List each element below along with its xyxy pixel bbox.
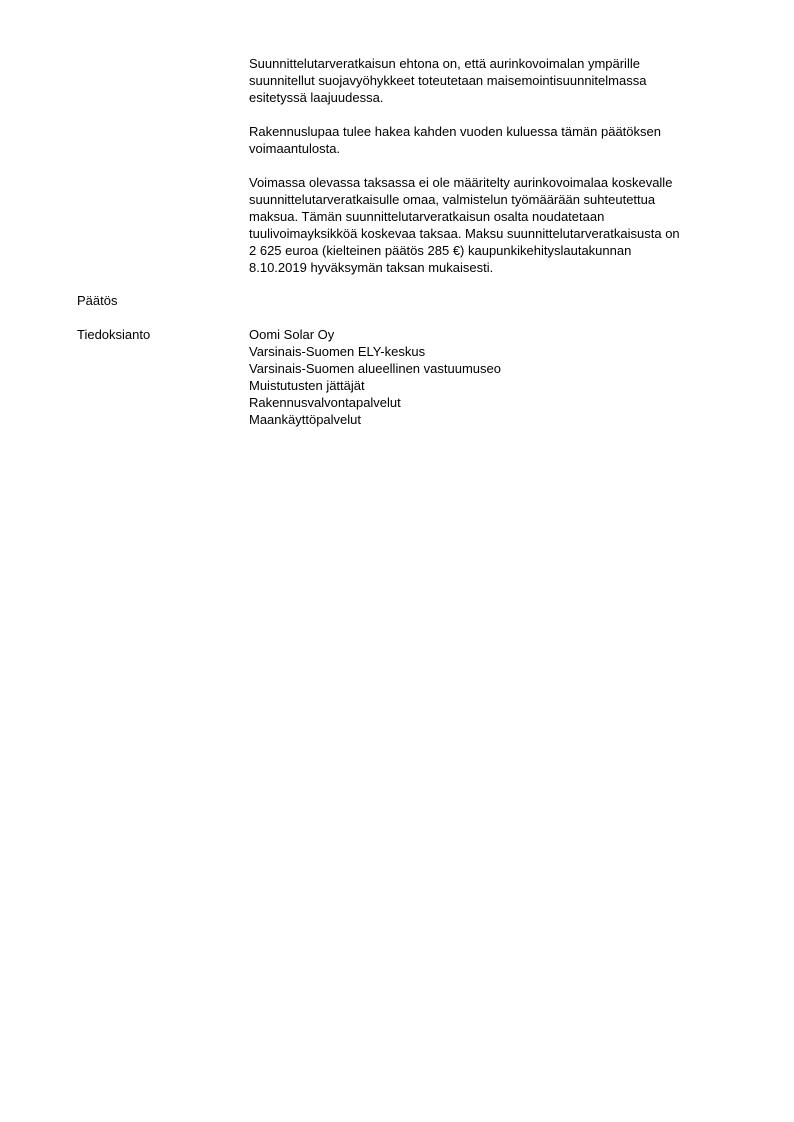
- text-line: maksua. Tämän suunnittelutarveratkaisun …: [249, 208, 749, 225]
- text-line: Suunnittelutarveratkaisun ehtona on, ett…: [249, 55, 749, 72]
- recipient-item: Muistutusten jättäjät: [249, 377, 501, 394]
- paragraph-condition: Suunnittelutarveratkaisun ehtona on, ett…: [249, 55, 749, 106]
- paragraph-building-permit: Rakennuslupaa tulee hakea kahden vuoden …: [249, 123, 749, 157]
- decision-label: Päätös: [77, 292, 117, 309]
- recipient-item: Maankäyttöpalvelut: [249, 411, 501, 428]
- recipient-item: Oomi Solar Oy: [249, 326, 501, 343]
- text-line: voimaantulosta.: [249, 140, 749, 157]
- text-line: Voimassa olevassa taksassa ei ole määrit…: [249, 174, 749, 191]
- text-line: tuulivoimayksikköä koskevaa taksaa. Maks…: [249, 225, 749, 242]
- text-line: Rakennuslupaa tulee hakea kahden vuoden …: [249, 123, 749, 140]
- text-line: esitetyssä laajuudessa.: [249, 89, 749, 106]
- text-line: suunnitellut suojavyöhykkeet toteutetaan…: [249, 72, 749, 89]
- recipient-item: Varsinais-Suomen alueellinen vastuumuseo: [249, 360, 501, 377]
- text-line: 8.10.2019 hyväksymän taksan mukaisesti.: [249, 259, 749, 276]
- notification-recipients: Oomi Solar Oy Varsinais-Suomen ELY-kesku…: [249, 326, 501, 428]
- text-line: 2 625 euroa (kielteinen päätös 285 €) ka…: [249, 242, 749, 259]
- notification-label: Tiedoksianto: [77, 326, 150, 343]
- recipient-item: Rakennusvalvontapalvelut: [249, 394, 501, 411]
- paragraph-fee: Voimassa olevassa taksassa ei ole määrit…: [249, 174, 749, 276]
- recipient-item: Varsinais-Suomen ELY-keskus: [249, 343, 501, 360]
- text-line: suunnittelutarveratkaisulle omaa, valmis…: [249, 191, 749, 208]
